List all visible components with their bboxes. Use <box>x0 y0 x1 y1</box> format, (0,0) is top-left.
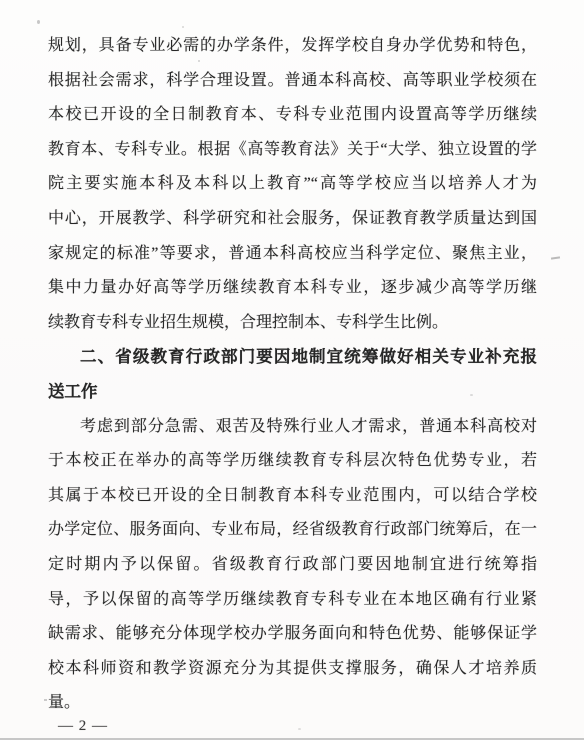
paragraph2-line: 缺需求、能够充分体现学校办学服务面向和特色优势、能够保证学 <box>48 617 537 652</box>
scan-speckle <box>44 699 47 701</box>
paragraph2-line: 考虑到部分急需、艰苦及特殊行业人才需求，普通本科高校对 <box>48 410 537 445</box>
scan-speckle <box>298 728 301 730</box>
paragraph1-line: 教育本、专科专业。根据《高等教育法》关于“大学、独立设置的学 <box>48 133 537 168</box>
paragraph1-line: 中心，开展教学、科学研究和社会服务，保证教育教学质量达到国 <box>48 202 537 237</box>
scan-speckle <box>470 394 473 396</box>
paragraph2-line: 校本科师资和教学资源充分为其提供支撑服务，确保人才培养质 <box>48 652 537 687</box>
page-number: — 2 — <box>58 716 108 736</box>
paragraph1-line: 续教育专科专业招生规模，合理控制本、专科学生比例。 <box>48 306 537 341</box>
paragraph1-line: 根据社会需求，科学合理设置。普通本科高校、高等职业学校须在 <box>48 64 537 99</box>
paragraph2-line: 办学定位、服务面向、专业布局，经省级教育行政部门统筹后，在一 <box>48 513 537 548</box>
paragraph2-line: 于本校正在举办的高等学历继续教育专科层次特色优势专业，若 <box>48 444 537 479</box>
paragraph1-line: 集中力量办好高等学历继续教育本科专业，逐步减少高等学历继 <box>48 271 537 306</box>
scanned-document-page: 规划，具备专业必需的办学条件，发挥学校自身办学优势和特色， 根据社会需求，科学合… <box>0 0 584 743</box>
scan-dash-artifact <box>551 256 560 259</box>
paragraph1-line: 规划，具备专业必需的办学条件，发挥学校自身办学优势和特色， <box>48 29 537 64</box>
paragraph1-line: 院主要实施本科及本科以上教育”“高等学校应当以培养人才为 <box>48 167 537 202</box>
paragraph2-line: 量。 <box>48 686 537 721</box>
section-heading-line: 二、省级教育行政部门要因地制宜统筹做好相关专业补充报 <box>48 340 537 375</box>
paragraph2-line: 导，予以保留的高等学历继续教育专科专业在本地区确有行业紧 <box>48 583 537 618</box>
paragraph1-line: 家规定的标准”等要求，普通本科高校应当科学定位、聚焦主业， <box>48 237 537 272</box>
section-heading-line: 送工作 <box>48 375 537 410</box>
document-body: 规划，具备专业必需的办学条件，发挥学校自身办学优势和特色， 根据社会需求，科学合… <box>48 29 537 721</box>
scan-speckle <box>37 20 40 24</box>
scan-speckle <box>198 60 200 62</box>
scan-speckle <box>182 26 184 28</box>
paragraph2-line: 定时期内予以保留。省级教育行政部门要因地制宜进行统筹指 <box>48 548 537 583</box>
paragraph1-line: 本校已开设的全日制教育本、专科专业范围内设置高等学历继续 <box>48 98 537 133</box>
paragraph2-line: 其属于本校已开设的全日制教育本科专业范围内，可以结合学校 <box>48 479 537 514</box>
